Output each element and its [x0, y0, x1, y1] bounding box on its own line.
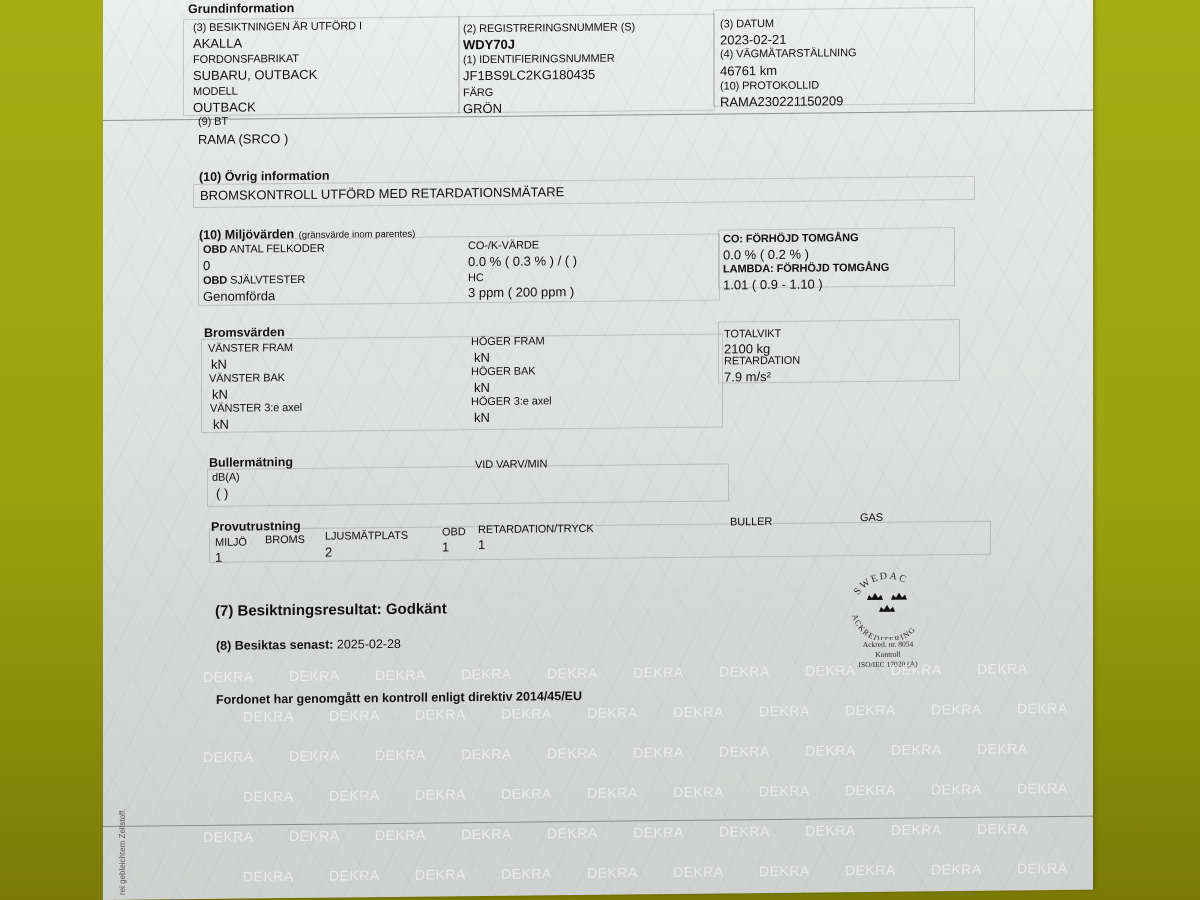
vanster-3e-axel-value: kN	[213, 417, 229, 432]
lambda-label: LAMBDA: FÖRHÖJD TOMGÅNG	[723, 262, 889, 276]
registreringsnummer-label: (2) REGISTRERINGSNUMMER (S)	[463, 21, 635, 35]
dekra-watermark: DEKRA	[461, 746, 512, 763]
retardation-tryck-value: 1	[478, 537, 485, 552]
swedac-three-crowns-icon: SWEDAC ACKREDITERING	[845, 569, 931, 640]
dekra-watermark: DEKRA	[203, 748, 254, 765]
dekra-watermark: DEKRA	[243, 708, 294, 725]
retardation-value: 7.9 m/s²	[724, 369, 771, 384]
fold-line	[103, 816, 1093, 827]
besiktningsresultat-value: Godkänt	[386, 600, 447, 618]
besiktas-senast-value: 2025-02-28	[337, 637, 401, 652]
dekra-watermark: DEKRA	[329, 787, 380, 804]
dekra-watermark: DEKRA	[891, 741, 942, 758]
vanster-fram-label: VÄNSTER FRAM	[208, 342, 293, 355]
datum-label: (3) DATUM	[720, 18, 774, 31]
besiktas-senast: (8) Besiktas senast: 2025-02-28	[216, 637, 401, 653]
farg-label: FÄRG	[463, 87, 493, 99]
dekra-watermark: DEKRA	[415, 706, 466, 723]
dekra-watermark: DEKRA	[931, 861, 982, 878]
dba-value: ( )	[216, 486, 228, 501]
dekra-watermark: DEKRA	[243, 788, 294, 805]
identifieringsnummer-value: JF1BS9LC2KG180435	[463, 67, 595, 83]
vanster-fram-value: kN	[211, 357, 227, 372]
dekra-watermark: DEKRA	[547, 665, 598, 682]
dekra-watermark: DEKRA	[805, 822, 856, 839]
dekra-watermark: DEKRA	[375, 827, 426, 844]
dekra-watermark: DEKRA	[719, 823, 770, 840]
farg-value: GRÖN	[463, 101, 502, 116]
dekra-watermark: DEKRA	[547, 745, 598, 762]
registreringsnummer-value: WDY70J	[463, 37, 515, 53]
protokollid-label: (10) PROTOKOLLID	[720, 80, 819, 93]
dekra-watermark: DEKRA	[977, 660, 1028, 677]
fordonsfabrikat-value: SUBARU, OUTBACK	[193, 67, 317, 83]
section-title-grundinformation: Grundinformation	[188, 1, 294, 16]
obd-bold: OBD	[203, 244, 227, 256]
dekra-watermark: DEKRA	[805, 742, 856, 759]
dekra-watermark: DEKRA	[805, 662, 856, 679]
totalvikt-label: TOTALVIKT	[724, 328, 781, 341]
vagmatarstallning-value: 46761 km	[720, 63, 777, 79]
dekra-watermark: DEKRA	[461, 826, 512, 843]
vagmatarstallning-label: (4) VÄGMÄTARSTÄLLNING	[720, 47, 856, 60]
section-title-ovrig-information: (10) Övrig information	[199, 169, 330, 184]
dba-label: dB(A)	[212, 472, 240, 484]
obd-felkoder-label: OBD ANTAL FELKODER	[203, 243, 325, 256]
ljusmatplats-value: 2	[325, 545, 332, 560]
dekra-watermark: DEKRA	[977, 820, 1028, 837]
obd-sjalvtester-text: SJÄLVTESTER	[227, 274, 305, 287]
dekra-watermark: DEKRA	[633, 664, 684, 681]
protokollid-value: RAMA230221150209	[720, 93, 843, 109]
swedac-seal: SWEDAC ACKREDITERING Ackred. nr. 8054 Ko…	[838, 569, 938, 670]
dekra-watermark: DEKRA	[673, 783, 724, 800]
datum-value: 2023-02-21	[720, 32, 787, 48]
vanster-bak-label: VÄNSTER BAK	[209, 372, 285, 385]
besiktningsresultat: (7) Besiktningsresultat: Godkänt	[215, 600, 447, 619]
dekra-watermark: DEKRA	[891, 821, 942, 838]
buller-label: BULLER	[730, 516, 772, 528]
bt-label: (9) BT	[198, 116, 228, 128]
dekra-watermark: DEKRA	[719, 743, 770, 760]
dekra-watermark: DEKRA	[587, 704, 638, 721]
dekra-watermark: DEKRA	[845, 862, 896, 879]
gas-label: GAS	[860, 512, 883, 524]
besiktning-utford-value: AKALLA	[193, 36, 242, 52]
vanster-bak-value: kN	[212, 387, 228, 402]
modell-value: OUTBACK	[193, 99, 256, 115]
dekra-watermark: DEKRA	[329, 867, 380, 884]
dekra-watermark: DEKRA	[759, 863, 810, 880]
dekra-watermark: DEKRA	[931, 781, 982, 798]
bt-value: RAMA (SRCO )	[198, 131, 288, 147]
vid-varv-min-label: VID VARV/MIN	[475, 458, 547, 471]
vanster-3e-axel-label: VÄNSTER 3:e axel	[210, 402, 302, 415]
svg-text:ACKREDITERING: ACKREDITERING	[850, 612, 917, 640]
dekra-watermark: DEKRA	[977, 740, 1028, 757]
dekra-watermark: DEKRA	[501, 865, 552, 882]
retardation-tryck-label: RETARDATION/TRYCK	[478, 523, 594, 536]
obd-label: OBD	[442, 526, 466, 538]
dekra-watermark: DEKRA	[203, 828, 254, 845]
fordonsfabrikat-label: FORDONSFABRIKAT	[193, 53, 299, 66]
dekra-watermark: DEKRA	[289, 668, 340, 685]
dekra-watermark: DEKRA	[845, 702, 896, 719]
dekra-watermark: DEKRA	[375, 747, 426, 764]
dekra-watermark: DEKRA	[1017, 780, 1068, 797]
dekra-watermark: DEKRA	[289, 748, 340, 765]
obd-value: 1	[442, 539, 449, 554]
identifieringsnummer-label: (1) IDENTIFIERINGSNUMMER	[463, 53, 615, 67]
dekra-watermark: DEKRA	[759, 703, 810, 720]
co-tomgang-value: 0.0 % ( 0.2 % )	[723, 247, 809, 263]
dekra-watermark: DEKRA	[633, 824, 684, 841]
broms-label: BROMS	[265, 534, 305, 546]
miljo-label: MILJÖ	[215, 536, 247, 548]
hoger-fram-value: kN	[474, 350, 490, 365]
besiktning-utford-label: (3) BESIKTNINGEN ÄR UTFÖRD I	[193, 20, 362, 34]
direktiv-text: Fordonet har genomgått en kontroll enlig…	[216, 689, 582, 707]
obd-bold: OBD	[203, 275, 227, 287]
co-k-value: 0.0 % ( 0.3 % ) / ( )	[468, 253, 577, 269]
modell-label: MODELL	[193, 86, 238, 98]
dekra-watermark: DEKRA	[329, 707, 380, 724]
obd-felkoder-value: 0	[203, 258, 210, 273]
dekra-watermark: DEKRA	[461, 666, 512, 683]
hc-label: HC	[468, 272, 484, 284]
dekra-watermark: DEKRA	[587, 864, 638, 881]
dekra-watermark: DEKRA	[501, 785, 552, 802]
dekra-watermark: DEKRA	[1017, 860, 1068, 877]
dekra-watermark: DEKRA	[501, 705, 552, 722]
co-tomgang-label: CO: FÖRHÖJD TOMGÅNG	[723, 232, 858, 245]
hoger-bak-value: kN	[474, 380, 490, 395]
dekra-watermark: DEKRA	[633, 744, 684, 761]
dekra-watermark: DEKRA	[203, 668, 254, 685]
besiktningsresultat-label: (7) Besiktningsresultat:	[215, 601, 382, 620]
dekra-watermark: DEKRA	[587, 784, 638, 801]
besiktas-senast-label: (8) Besiktas senast:	[216, 638, 333, 653]
inspection-protocol-paper: Grundinformation (3) BESIKTNINGEN ÄR UTF…	[103, 0, 1093, 900]
obd-sjalvtester-label: OBD SJÄLVTESTER	[203, 274, 305, 287]
hc-value: 3 ppm ( 200 ppm )	[468, 284, 574, 300]
miljo-value: 1	[215, 550, 222, 565]
obd-felkoder-text: ANTAL FELKODER	[227, 243, 325, 256]
dekra-watermark: DEKRA	[1017, 700, 1068, 717]
svg-text:SWEDAC: SWEDAC	[852, 570, 910, 597]
dekra-watermark: DEKRA	[243, 868, 294, 885]
dekra-watermark: DEKRA	[415, 786, 466, 803]
hoger-bak-label: HÖGER BAK	[471, 365, 536, 378]
bullermatning-box	[207, 463, 729, 506]
dekra-watermark: DEKRA	[673, 703, 724, 720]
hoger-3e-axel-value: kN	[474, 410, 490, 425]
dekra-watermark: DEKRA	[845, 782, 896, 799]
dekra-watermark: DEKRA	[931, 701, 982, 718]
dekra-watermark: DEKRA	[289, 828, 340, 845]
dekra-watermark: DEKRA	[415, 866, 466, 883]
dekra-watermark: DEKRA	[719, 663, 770, 680]
retardation-label: RETARDATION	[724, 355, 800, 368]
dekra-watermark: DEKRA	[759, 783, 810, 800]
paper-side-note: rei gebleichtem Zellstoff.	[118, 808, 127, 895]
ljusmatplats-label: LJUSMÄTPLATS	[325, 530, 408, 543]
lambda-value: 1.01 ( 0.9 - 1.10 )	[723, 276, 823, 292]
dekra-watermark: DEKRA	[891, 661, 942, 678]
hoger-fram-label: HÖGER FRAM	[471, 335, 545, 348]
co-k-label: CO-/K-VÄRDE	[468, 239, 539, 252]
hoger-3e-axel-label: HÖGER 3:e axel	[471, 395, 552, 408]
obd-sjalvtester-value: Genomförda	[203, 288, 275, 304]
dekra-watermark: DEKRA	[673, 863, 724, 880]
dekra-watermark: DEKRA	[375, 667, 426, 684]
dekra-watermark: DEKRA	[547, 825, 598, 842]
